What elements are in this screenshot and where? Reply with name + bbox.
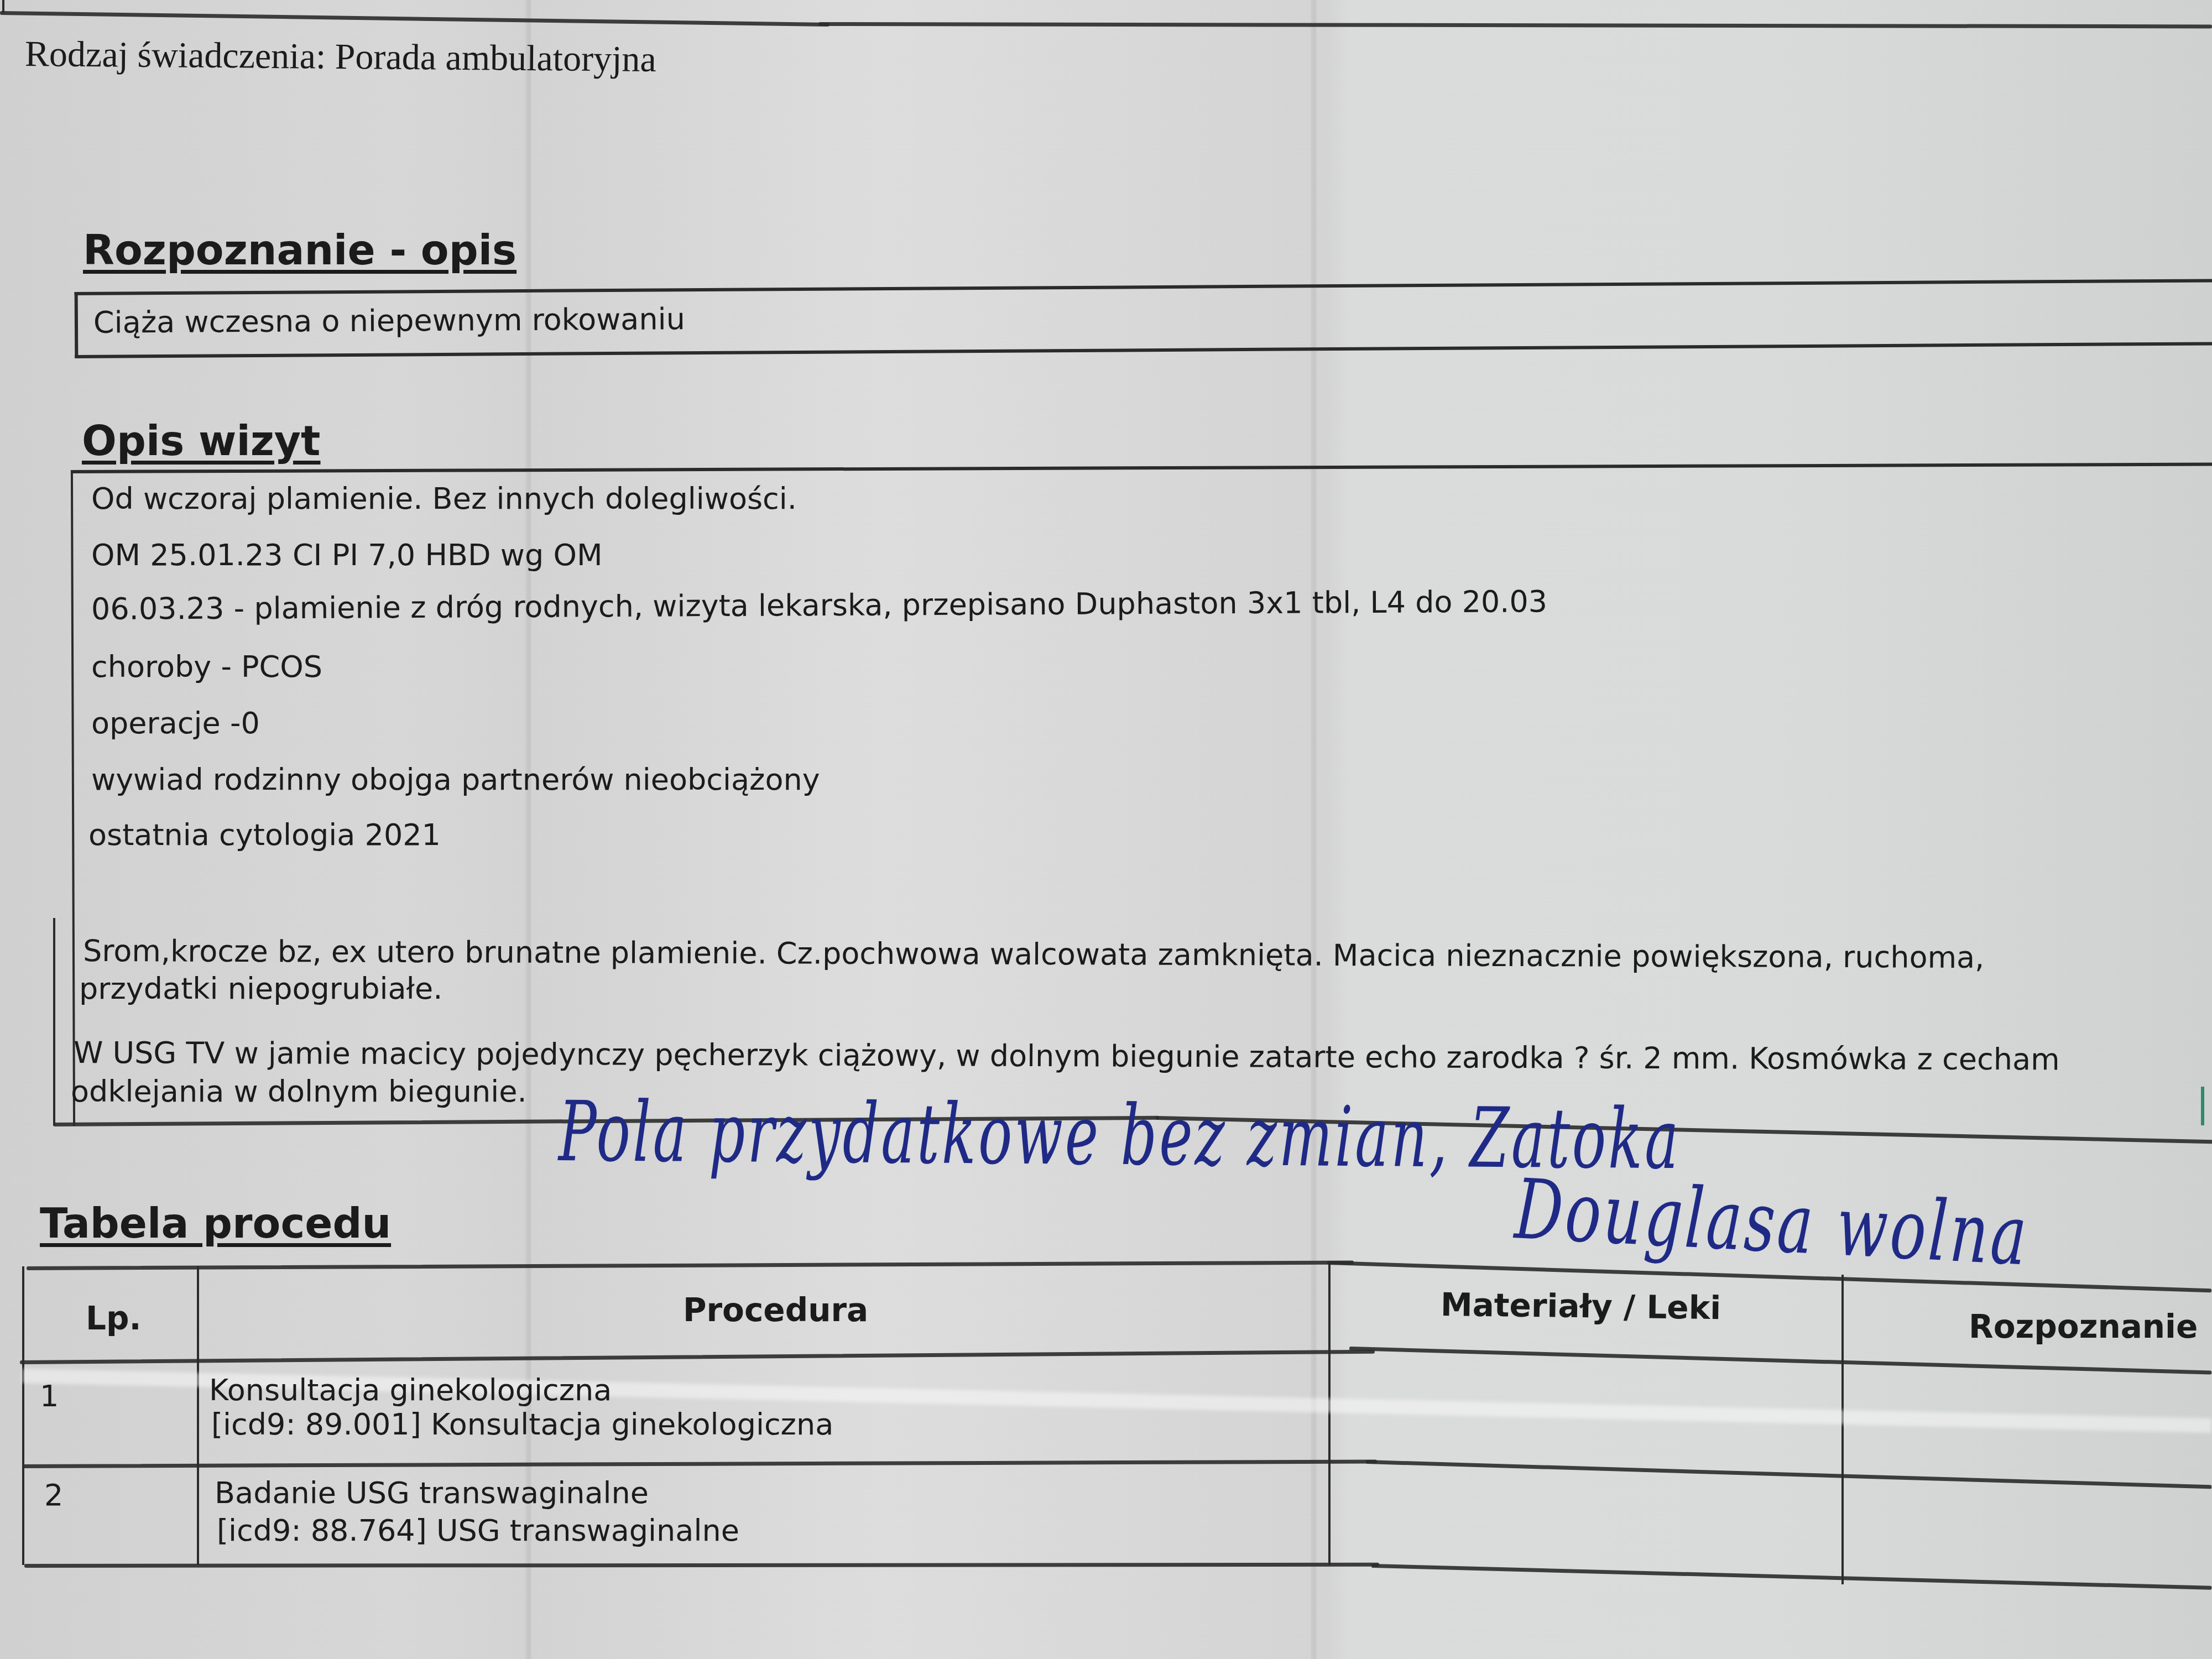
visit-line: ostatnia cytologia 2021 — [88, 817, 441, 852]
table-line — [197, 1266, 199, 1565]
visit-line: wywiad rodzinny obojga partnerów nieobci… — [91, 762, 820, 797]
table-line — [24, 1563, 1379, 1568]
table-line — [22, 1266, 24, 1565]
visit-line: Od wczoraj plamienie. Bez innych dolegli… — [91, 481, 797, 516]
row-lp: 2 — [44, 1478, 63, 1512]
column-header-lp: Lp. — [86, 1300, 142, 1337]
column-header-diagnosis: Rozpoznanie — [1969, 1308, 2198, 1345]
exam-text: Srom,krocze bz, ex utero brunatne plamie… — [83, 933, 1985, 975]
service-type-value: Porada ambulatoryjna — [335, 36, 656, 80]
service-type: Rodzaj świadczenia: Porada ambulatoryjna — [25, 33, 656, 81]
ultrasound-text: W USG TV w jamie macicy pojedynczy pęche… — [74, 1035, 2060, 1077]
column-header-materials: Materiały / Leki — [1441, 1286, 1721, 1327]
table-line — [22, 1459, 1377, 1468]
divider-line — [2, 0, 4, 13]
table-line — [1841, 1275, 1844, 1584]
row-procedure-code: [icd9: 88.764] USG transwaginalne — [217, 1513, 739, 1548]
table-line — [20, 1350, 1375, 1364]
ultrasound-text: odklejania w dolnym biegunie. — [71, 1074, 527, 1109]
row-procedure: Badanie USG transwaginalne — [215, 1475, 649, 1510]
divider-line — [0, 11, 830, 27]
service-type-label: Rodzaj świadczenia: — [25, 34, 326, 77]
divider-line — [818, 22, 2212, 28]
row-procedure-code: [icd9: 89.001] Konsultacja ginekologiczn… — [211, 1407, 833, 1442]
green-pen-mark — [2201, 1087, 2204, 1125]
visit-heading: Opis wizyt — [82, 418, 320, 465]
exam-text: przydatki niepogrubiałe. — [79, 971, 442, 1006]
diagnosis-text: Ciąża wczesna o niepewnym rokowaniu — [93, 301, 685, 340]
table-line — [1366, 1460, 2212, 1489]
handwritten-note-line2: Douglasa wolna — [1512, 1161, 2031, 1284]
row-lp: 1 — [40, 1379, 59, 1413]
procedures-heading: Tabela procedu — [40, 1200, 391, 1248]
column-header-procedure: Procedura — [683, 1291, 868, 1329]
visit-line: OM 25.01.23 CI PI 7,0 HBD wg OM — [91, 538, 603, 572]
table-line — [27, 1261, 1354, 1270]
visit-line: operacje -0 — [91, 706, 260, 740]
visit-line: choroby - PCOS — [91, 649, 322, 684]
table-line — [1328, 1262, 1331, 1565]
row-procedure: Konsultacja ginekologiczna — [209, 1373, 612, 1407]
divider-line — [53, 918, 55, 1125]
table-line — [1349, 1347, 2212, 1375]
diagnosis-heading: Rozpoznanie - opis — [83, 227, 517, 274]
table-line — [1371, 1564, 2212, 1590]
diagnosis-box: Ciąża wczesna o niepewnym rokowaniu — [75, 279, 2212, 358]
handwritten-note-line1: Pola przydatkowe bez zmian, Zatoka — [558, 1084, 1681, 1188]
